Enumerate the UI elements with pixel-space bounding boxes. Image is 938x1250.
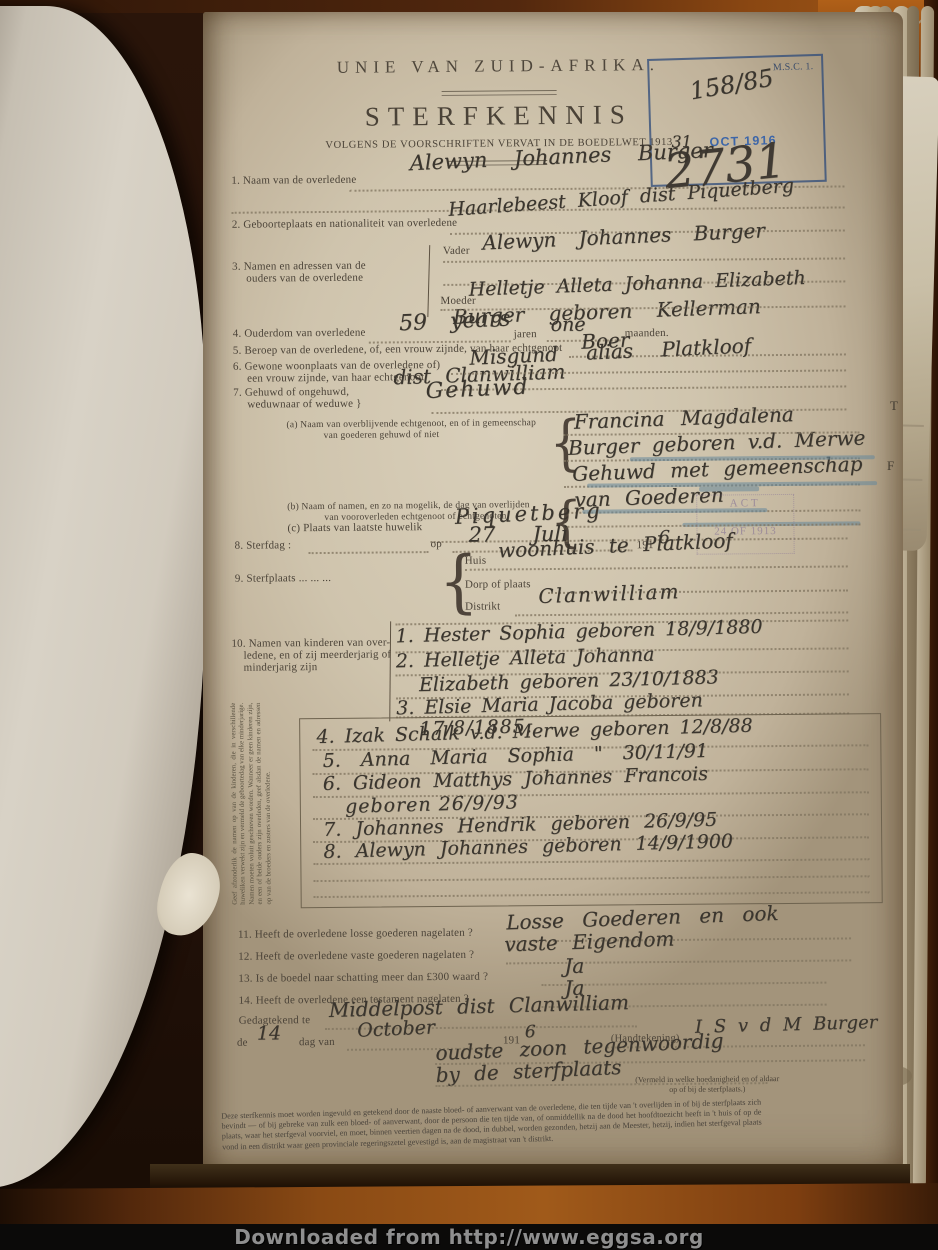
watermark-text: Downloaded from http://www.eggsa.org: [234, 1225, 704, 1249]
fielda-label-line1: (a) Naam van overblijvende echtgenoot, e…: [287, 418, 537, 430]
huis-label: Huis: [465, 555, 487, 567]
field12-value: vaste Eigendom: [504, 927, 675, 957]
field13-value: Ja: [564, 954, 584, 978]
edge-letter-f: F: [887, 458, 894, 474]
stamp-code: M.S.C. 1.: [773, 61, 814, 73]
dotted-line: [515, 611, 848, 616]
field7-value: Gehuwd: [425, 375, 530, 405]
act-stamp-line1: ACT: [697, 497, 793, 510]
fielda-label-line2: van goederen gehuwd of niet: [324, 430, 440, 441]
registry-stamp-box: M.S.C. 1. 158/85 31 OCT 1916 2731: [647, 54, 827, 187]
death-notice-form-page: UNIE VAN ZUID-AFRIKA. STERFKENNIS VOLGEN…: [203, 12, 903, 1170]
vader-label: Vader: [443, 245, 470, 257]
dorp-label: Dorp of plaats: [465, 578, 531, 591]
form-sheet: UNIE VAN ZUID-AFRIKA. STERFKENNIS VOLGEN…: [198, 9, 908, 1173]
dotted-line: [506, 959, 851, 964]
curled-blank-page: [0, 6, 206, 1188]
blue-pencil-mark: [699, 486, 759, 492]
field2-label: 2. Geboorteplaats en nationaliteit van o…: [232, 217, 458, 231]
field1-label: 1. Naam van de overledene: [231, 174, 356, 187]
field4-years: 59 years: [399, 306, 511, 336]
dotted-line: [309, 551, 429, 554]
field2-value: Haarlebeest Kloof dist Piquetberg: [448, 175, 795, 221]
edge-letter-t: T: [890, 398, 898, 414]
fieldc-label: (c) Plaats van laatste huwelik: [287, 521, 422, 534]
dotted-line: [443, 257, 845, 263]
field7-label-line2: weduwnaar of weduwe }: [247, 398, 361, 411]
signature-note-line2: op of bij de sterfplaats.): [547, 1083, 867, 1095]
dotted-line: [465, 565, 848, 570]
field4-label: 4. Ouderdom van overledene: [233, 327, 366, 340]
margin-instruction-note: Geef afzonderlik de namen op van de kind…: [230, 702, 310, 905]
signing-day: 14: [257, 1022, 281, 1044]
field8-label: 8. Sterfdag :: [235, 539, 292, 551]
form-footnote: Deze sterfkennis moet worden ingevuld en…: [221, 1097, 762, 1152]
field9-label: 9. Sterfplaats ... ... ...: [235, 572, 331, 585]
distrikt-value: Clanwilliam: [538, 579, 681, 608]
bracket-line: [427, 245, 430, 317]
bracket-line: [389, 621, 391, 721]
field12-label: 12. Heeft de overledene vaste goederen n…: [238, 949, 474, 963]
watermark-bar: Downloaded from http://www.eggsa.org: [0, 1224, 938, 1250]
photo-death-notice-book: T F UNIE VAN ZUID-AFRIKA. STERFKENNIS VO…: [0, 0, 938, 1250]
dag-van-label: dag van: [299, 1036, 335, 1048]
field11-label: 11. Heeft de overledene losse goederen n…: [238, 927, 473, 941]
field10-label-line3: minderjarig zijn: [244, 661, 318, 674]
field13-label: 13. Is de boedel naar schatting meer dan…: [238, 971, 488, 985]
field3-label-line2: ouders van de overledene: [246, 272, 363, 285]
de-label: de: [237, 1037, 248, 1049]
field7-label-line1: 7. Gehuwd of ongehuwd,: [233, 386, 349, 399]
double-rule: [442, 90, 557, 96]
distrikt-label: Distrikt: [465, 600, 500, 612]
vader-value: Alewyn Johannes Burger: [482, 218, 766, 254]
signing-month: October: [357, 1016, 436, 1041]
jaren-label: jaren: [514, 328, 537, 340]
field10-label-line2: ledene, en of zij meerderjarig of: [244, 648, 392, 661]
stamp-file-number: 158/85: [688, 64, 776, 106]
